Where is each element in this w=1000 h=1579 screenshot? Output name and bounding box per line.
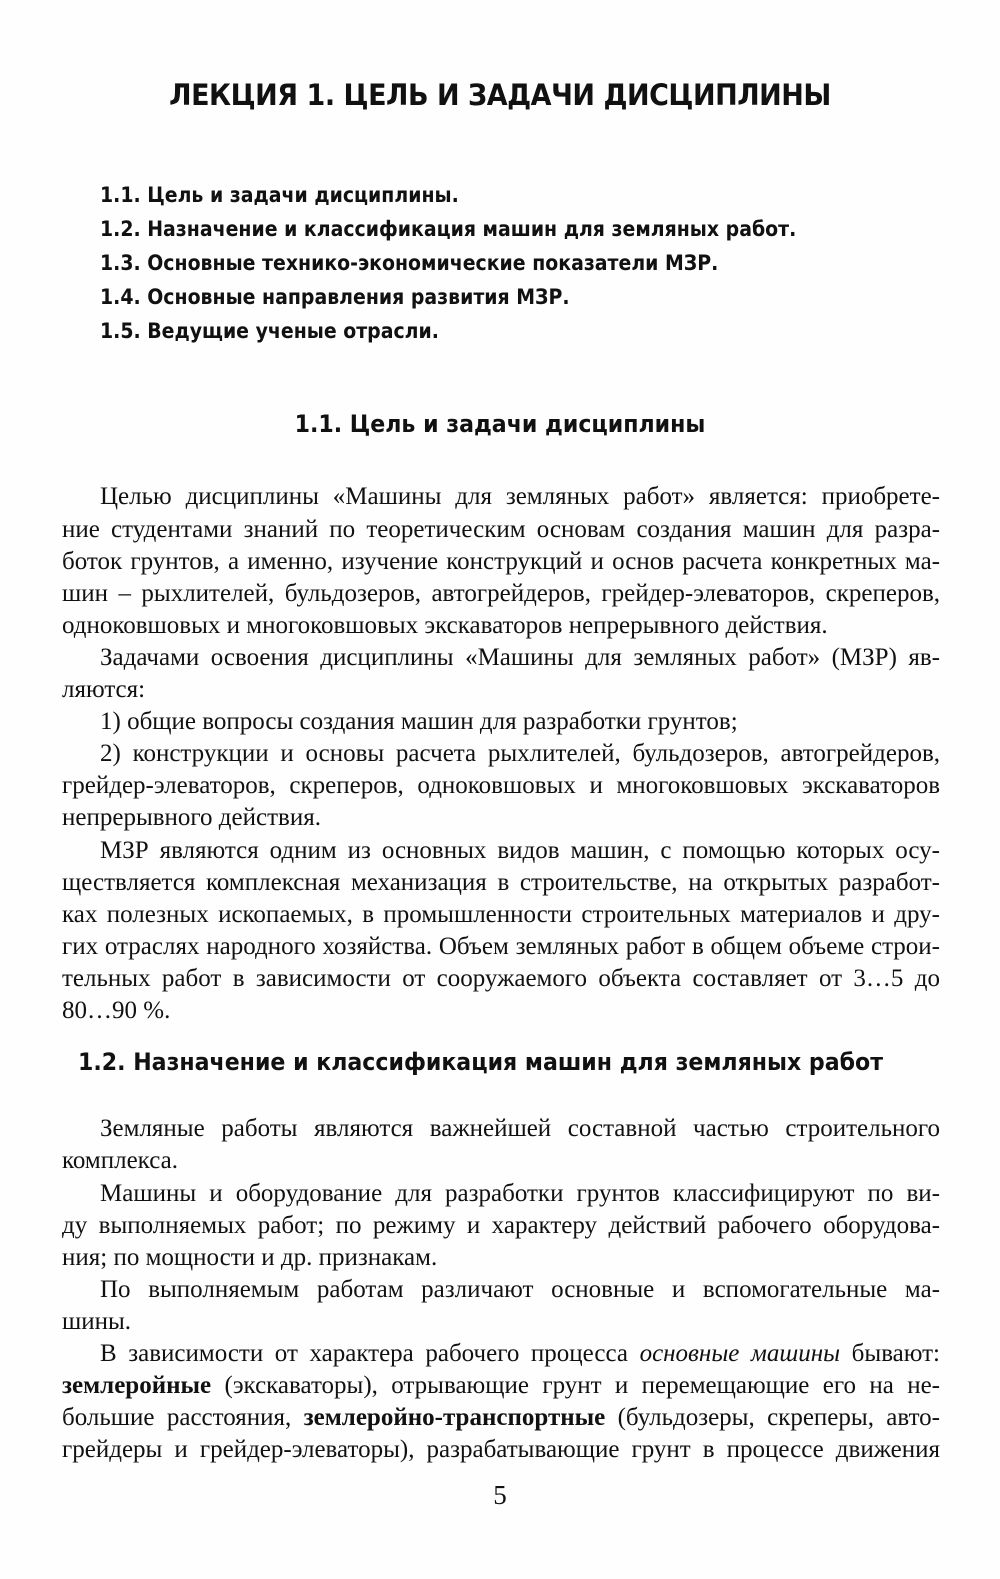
paragraph-line: комплекса. bbox=[62, 1146, 940, 1175]
paragraph-line: МЗР являются одним из основных видов маш… bbox=[100, 836, 940, 865]
paragraph-line: землеройные (экскаваторы), отрывающие гр… bbox=[62, 1371, 940, 1400]
toc-item: 1.3. Основные технико-экономические пока… bbox=[100, 246, 796, 280]
paragraph-line: Задачами освоения дисциплины «Машины для… bbox=[100, 643, 940, 672]
text-run: (бульдозеры, скреперы, авто- bbox=[605, 1404, 940, 1431]
section-heading-1-2: 1.2. Назначение и классификация машин дл… bbox=[78, 1048, 883, 1076]
text-run: большие расстояния, bbox=[62, 1404, 304, 1431]
toc-item: 1.4. Основные направления развития МЗР. bbox=[100, 280, 796, 314]
paragraph-line: большие расстояния, землеройно-транспорт… bbox=[62, 1403, 940, 1432]
text-run: бывают: bbox=[840, 1340, 940, 1367]
paragraph-line: гих отраслях народного хозяйства. Объем … bbox=[62, 932, 940, 961]
paragraph-line: 80…90 %. bbox=[62, 996, 940, 1025]
italic-term: основные машины bbox=[640, 1340, 841, 1367]
paragraph-line: грейдер-элеваторов, скреперов, одноковшо… bbox=[62, 771, 940, 800]
paragraph-line: По выполняемым работам различают основны… bbox=[100, 1275, 940, 1304]
bold-term: землеройные bbox=[62, 1372, 211, 1399]
paragraph-line: ществляется комплексная механизация в ст… bbox=[62, 868, 940, 897]
paragraph-line: грейдеры и грейдер-элеваторы), разрабаты… bbox=[62, 1435, 940, 1464]
paragraph-line: шин – рыхлителей, бульдозеров, автогрейд… bbox=[62, 579, 940, 608]
paragraph-line: ду выполняемых работ; по режиму и характ… bbox=[62, 1211, 940, 1240]
toc-item: 1.2. Назначение и классификация машин дл… bbox=[100, 212, 796, 246]
section-heading-1-1: 1.1. Цель и задачи дисциплины bbox=[40, 410, 960, 438]
paragraph-line: боток грунтов, а именно, изучение констр… bbox=[62, 547, 940, 576]
paragraph-line: Целью дисциплины «Машины для земляных ра… bbox=[100, 482, 940, 511]
paragraph-line: ния; по мощности и др. признакам. bbox=[62, 1243, 940, 1272]
paragraph-line: Земляные работы являются важнейшей соста… bbox=[100, 1114, 940, 1143]
list-item: 2) конструкции и основы расчета рыхлител… bbox=[100, 739, 940, 768]
paragraph-line: шины. bbox=[62, 1307, 940, 1336]
text-run: (экскаваторы), отрывающие грунт и переме… bbox=[211, 1372, 940, 1399]
paragraph-line: одноковшовых и многоковшовых экскаваторо… bbox=[62, 611, 940, 640]
lecture-title: ЛЕКЦИЯ 1. ЦЕЛЬ И ЗАДАЧИ ДИСЦИПЛИНЫ bbox=[35, 78, 965, 112]
paragraph-line: тельных работ в зависимости от сооружаем… bbox=[62, 964, 940, 993]
bold-term: землеройно-транспортные bbox=[304, 1404, 606, 1431]
document-page: ЛЕКЦИЯ 1. ЦЕЛЬ И ЗАДАЧИ ДИСЦИПЛИНЫ 1.1. … bbox=[0, 0, 1000, 1579]
paragraph-line: ляются: bbox=[62, 675, 940, 704]
toc-item: 1.1. Цель и задачи дисциплины. bbox=[100, 178, 796, 212]
paragraph-line: ние студентами знаний по теоретическим о… bbox=[62, 515, 940, 544]
list-item: 1) общие вопросы создания машин для разр… bbox=[100, 707, 940, 736]
paragraph-line: ках полезных ископаемых, в промышленност… bbox=[62, 900, 940, 929]
paragraph-line: В зависимости от характера рабочего проц… bbox=[100, 1339, 940, 1368]
paragraph-line: Машины и оборудование для разработки гру… bbox=[100, 1179, 940, 1208]
text-run: В зависимости от характера рабочего проц… bbox=[100, 1340, 640, 1367]
table-of-contents: 1.1. Цель и задачи дисциплины. 1.2. Назн… bbox=[100, 178, 874, 348]
paragraph-line: непрерывного действия. bbox=[62, 803, 940, 832]
page-number: 5 bbox=[0, 1480, 1000, 1511]
toc-item: 1.5. Ведущие ученые отрасли. bbox=[100, 314, 796, 348]
